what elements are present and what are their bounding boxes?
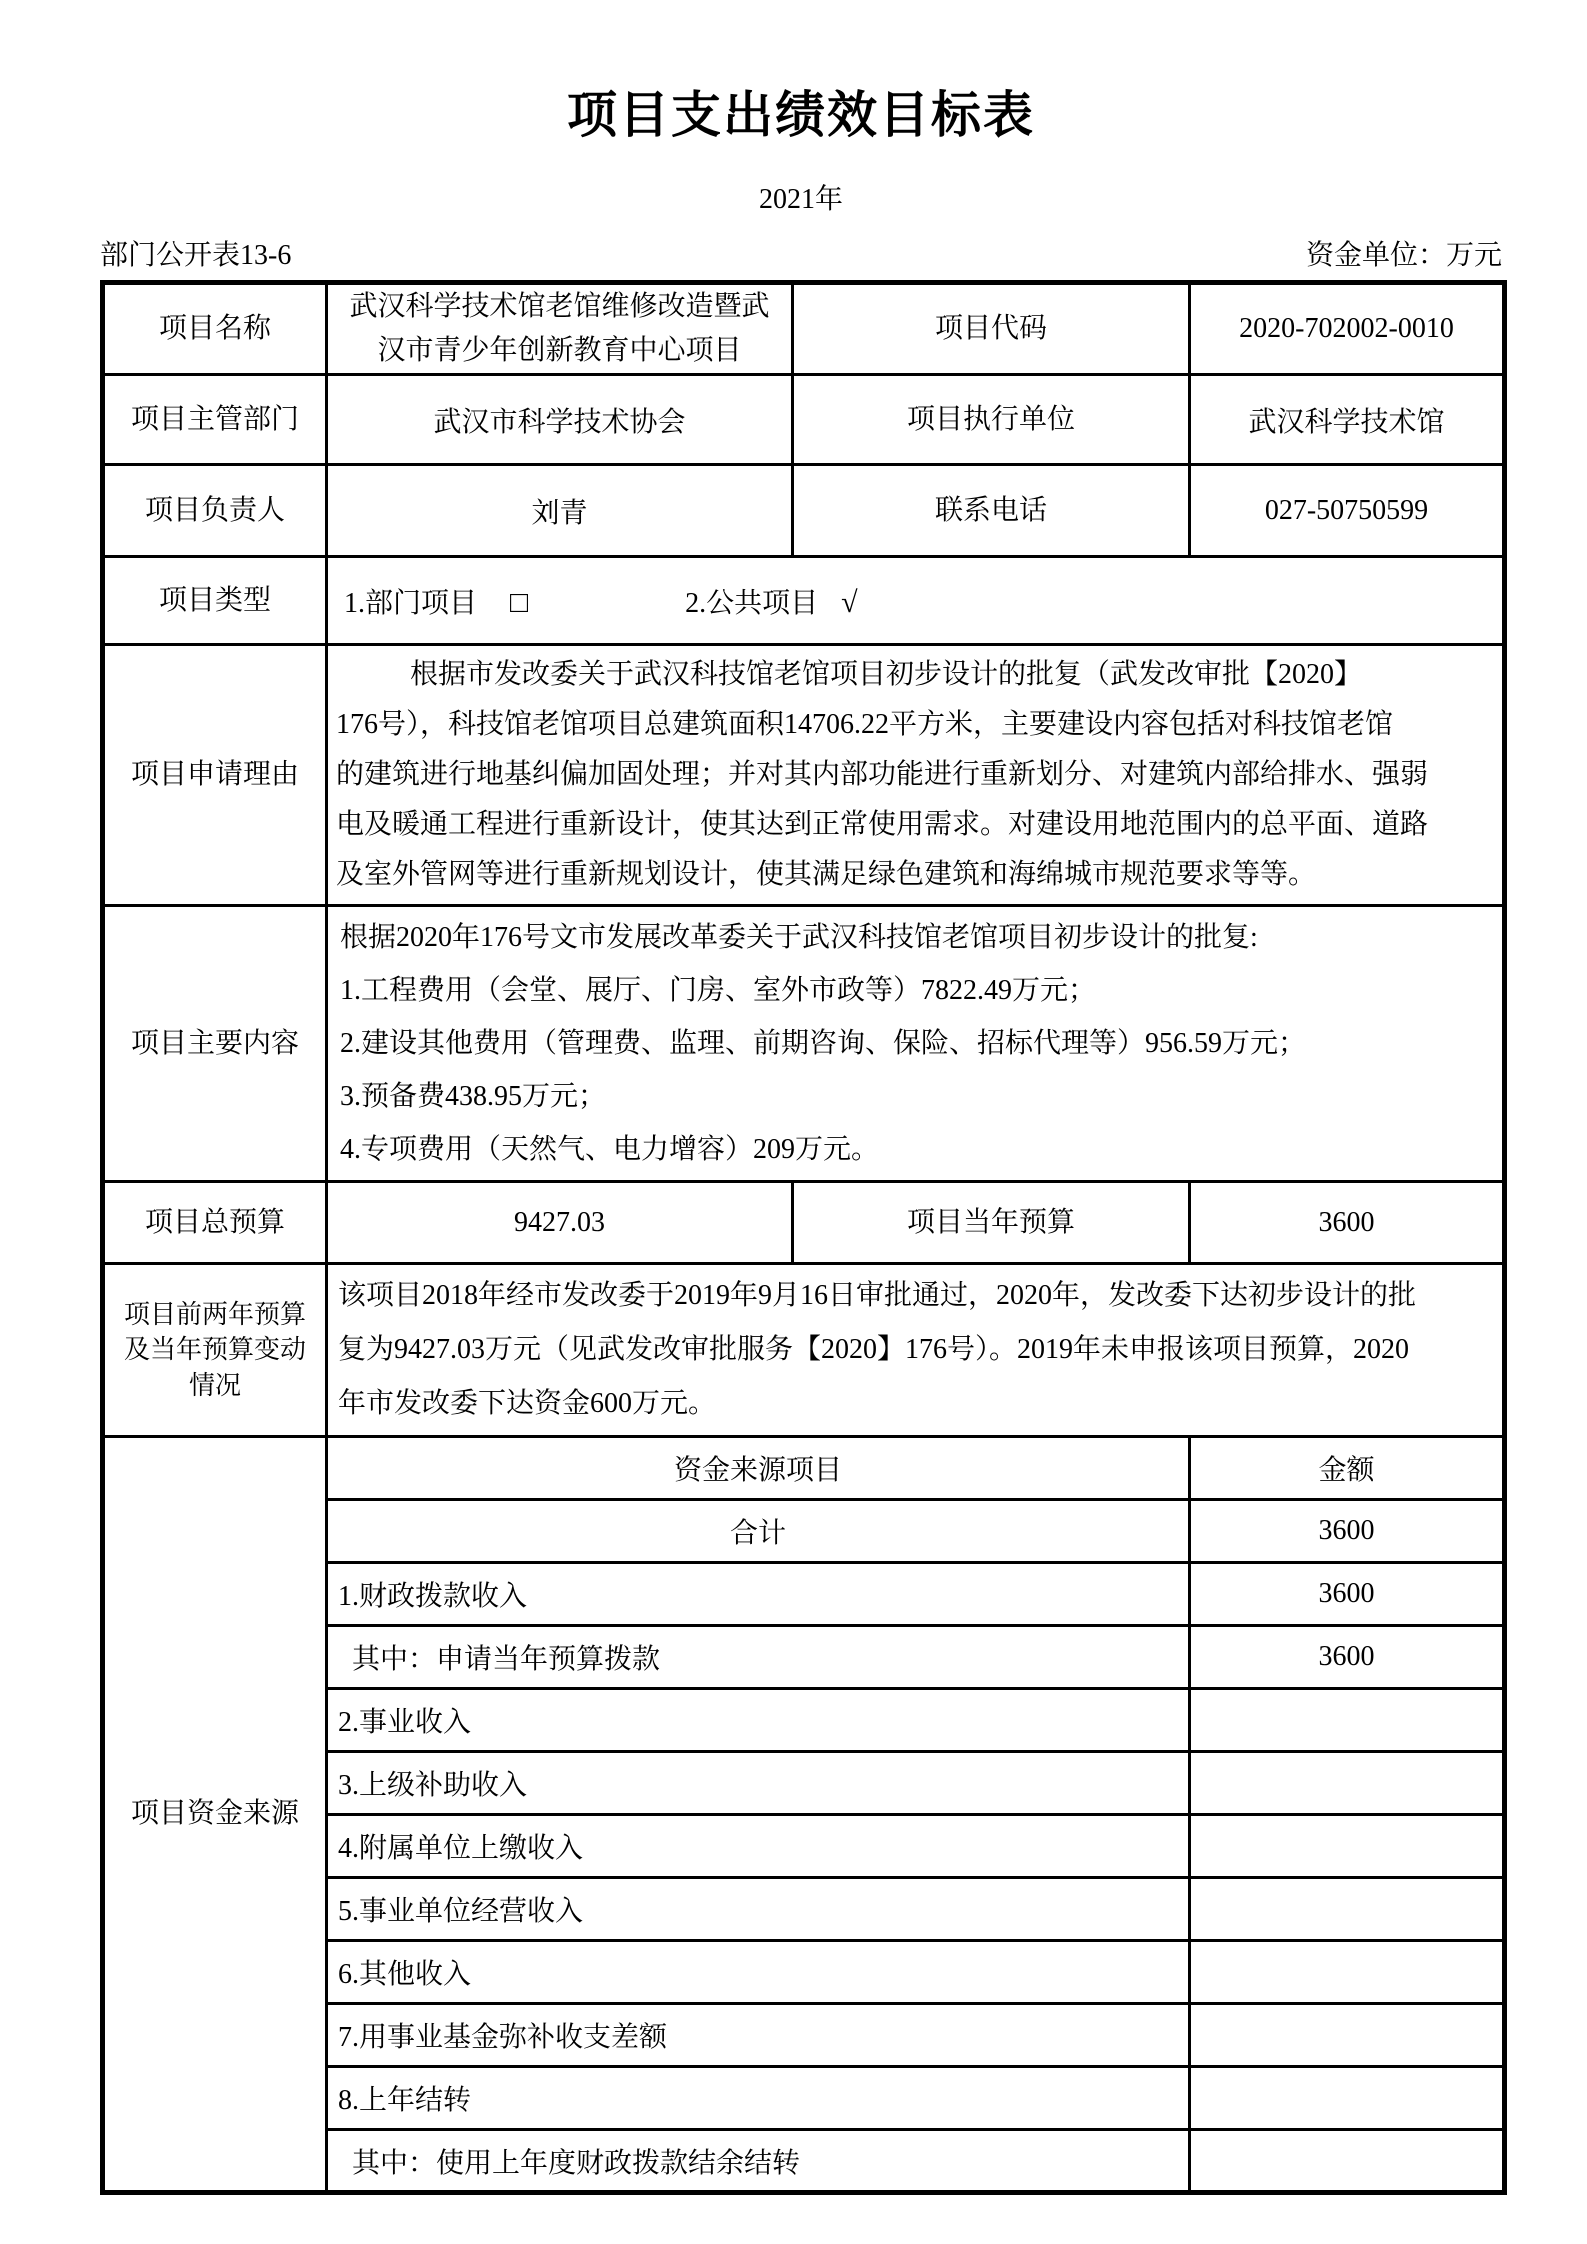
funding-header-amount: 金额 (1190, 1437, 1505, 1500)
funding-amount (1190, 2130, 1505, 2193)
apply-reason-label: 项目申请理由 (103, 645, 327, 906)
project-name-label: 项目名称 (103, 283, 327, 375)
total-budget-value: 9427.03 (327, 1182, 793, 1264)
table-row: 项目负责人 刘青 联系电话 027-50750599 (103, 465, 1505, 557)
unit-note-label: 资金单位：万元 (1306, 233, 1502, 273)
main-content-cell: 根据2020年176号文市发展改革委关于武汉科技馆老馆项目初步设计的批复: 1.… (327, 906, 1505, 1182)
table-row: 项目类型 1.部门项目 □ 2.公共项目 √ (103, 557, 1505, 645)
checkbox-unchecked-icon: □ (510, 586, 528, 619)
funding-item: 4.附属单位上缴收入 (327, 1815, 1190, 1878)
table-row: 项目申请理由 根据市发改委关于武汉科技馆老馆项目初步设计的批复（武发改审批【20… (103, 645, 1505, 906)
table-row: 项目主管部门 武汉市科学技术协会 项目执行单位 武汉科学技术馆 (103, 375, 1505, 465)
funding-amount (1190, 2067, 1505, 2130)
funding-item: 2.事业收入 (327, 1689, 1190, 1752)
document-page: 项目支出绩效目标表 2021年 部门公开表13-6 资金单位：万元 项目名称 武… (0, 0, 1587, 2244)
project-type-label: 项目类型 (103, 557, 327, 645)
funding-item: 其中：申请当年预算拨款 (327, 1626, 1190, 1689)
leader-label: 项目负责人 (103, 465, 327, 557)
funding-item-total: 合计 (327, 1500, 1190, 1563)
table-row: 项目主要内容 根据2020年176号文市发展改革委关于武汉科技馆老馆项目初步设计… (103, 906, 1505, 1182)
meta-row: 部门公开表13-6 资金单位：万元 (100, 233, 1502, 273)
page-title: 项目支出绩效目标表 (100, 0, 1502, 143)
table-row: 项目总预算 9427.03 项目当年预算 3600 (103, 1182, 1505, 1264)
project-name-value: 武汉科学技术馆老馆维修改造暨武汉市青少年创新教育中心项目 (327, 283, 793, 375)
checkmark-icon: √ (841, 586, 857, 619)
funding-header-item: 资金来源项目 (327, 1437, 1190, 1500)
funding-amount (1190, 1878, 1505, 1941)
funding-amount (1190, 1941, 1505, 2004)
main-content-label: 项目主要内容 (103, 906, 327, 1182)
funding-amount: 3600 (1190, 1626, 1505, 1689)
funding-item: 7.用事业基金弥补收支差额 (327, 2004, 1190, 2067)
option-public-project-label: 2.公共项目 (685, 588, 818, 619)
document-body: 项目支出绩效目标表 2021年 部门公开表13-6 资金单位：万元 项目名称 武… (100, 0, 1502, 2195)
dept-label: 项目主管部门 (103, 375, 327, 465)
phone-label: 联系电话 (793, 465, 1190, 557)
apply-reason-text: 根据市发改委关于武汉科技馆老馆项目初步设计的批复（武发改审批【2020】 176… (327, 645, 1505, 906)
exec-unit-label: 项目执行单位 (793, 375, 1190, 465)
funding-amount (1190, 1752, 1505, 1815)
dept-value: 武汉市科学技术协会 (327, 375, 793, 465)
page-year: 2021年 (100, 177, 1502, 217)
funding-amount (1190, 1815, 1505, 1878)
funding-amount: 3600 (1190, 1500, 1505, 1563)
content-line: 3.预备费438.95万元； (340, 1070, 1486, 1123)
content-line: 根据2020年176号文市发展改革委关于武汉科技馆老馆项目初步设计的批复: (340, 911, 1486, 964)
phone-value: 027-50750599 (1190, 465, 1505, 557)
budget-history-text: 该项目2018年经市发改委于2019年9月16日审批通过，2020年，发改委下达… (327, 1264, 1505, 1437)
year-budget-value: 3600 (1190, 1182, 1505, 1264)
funding-amount: 3600 (1190, 1563, 1505, 1626)
option-dept-project-label: 1.部门项目 (344, 588, 477, 619)
content-line: 4.专项费用（天然气、电力增容）209万元。 (340, 1123, 1486, 1176)
table-row: 项目资金来源 资金来源项目 金额 (103, 1437, 1505, 1500)
funding-item: 其中：使用上年度财政拨款结余结转 (327, 2130, 1190, 2193)
funding-item: 5.事业单位经营收入 (327, 1878, 1190, 1941)
project-code-value: 2020-702002-0010 (1190, 283, 1505, 375)
leader-value: 刘青 (327, 465, 793, 557)
table-row: 项目名称 武汉科学技术馆老馆维修改造暨武汉市青少年创新教育中心项目 项目代码 2… (103, 283, 1505, 375)
funding-item: 1.财政拨款收入 (327, 1563, 1190, 1626)
funding-item: 6.其他收入 (327, 1941, 1190, 2004)
project-code-label: 项目代码 (793, 283, 1190, 375)
total-budget-label: 项目总预算 (103, 1182, 327, 1264)
content-line: 2.建设其他费用（管理费、监理、前期咨询、保险、招标代理等）956.59万元； (340, 1017, 1486, 1070)
funding-amount (1190, 2004, 1505, 2067)
project-type-options: 1.部门项目 □ 2.公共项目 √ (327, 557, 1505, 645)
funding-item: 3.上级补助收入 (327, 1752, 1190, 1815)
funding-source-label: 项目资金来源 (103, 1437, 327, 2193)
content-line: 1.工程费用（会堂、展厅、门房、室外市政等）7822.49万元； (340, 964, 1486, 1017)
funding-amount (1190, 1689, 1505, 1752)
budget-history-label: 项目前两年预算及当年预算变动情况 (103, 1264, 327, 1437)
table-code-label: 部门公开表13-6 (100, 233, 291, 273)
exec-unit-value: 武汉科学技术馆 (1190, 375, 1505, 465)
funding-item: 8.上年结转 (327, 2067, 1190, 2130)
performance-target-table: 项目名称 武汉科学技术馆老馆维修改造暨武汉市青少年创新教育中心项目 项目代码 2… (100, 280, 1507, 2195)
table-row: 项目前两年预算及当年预算变动情况 该项目2018年经市发改委于2019年9月16… (103, 1264, 1505, 1437)
year-budget-label: 项目当年预算 (793, 1182, 1190, 1264)
